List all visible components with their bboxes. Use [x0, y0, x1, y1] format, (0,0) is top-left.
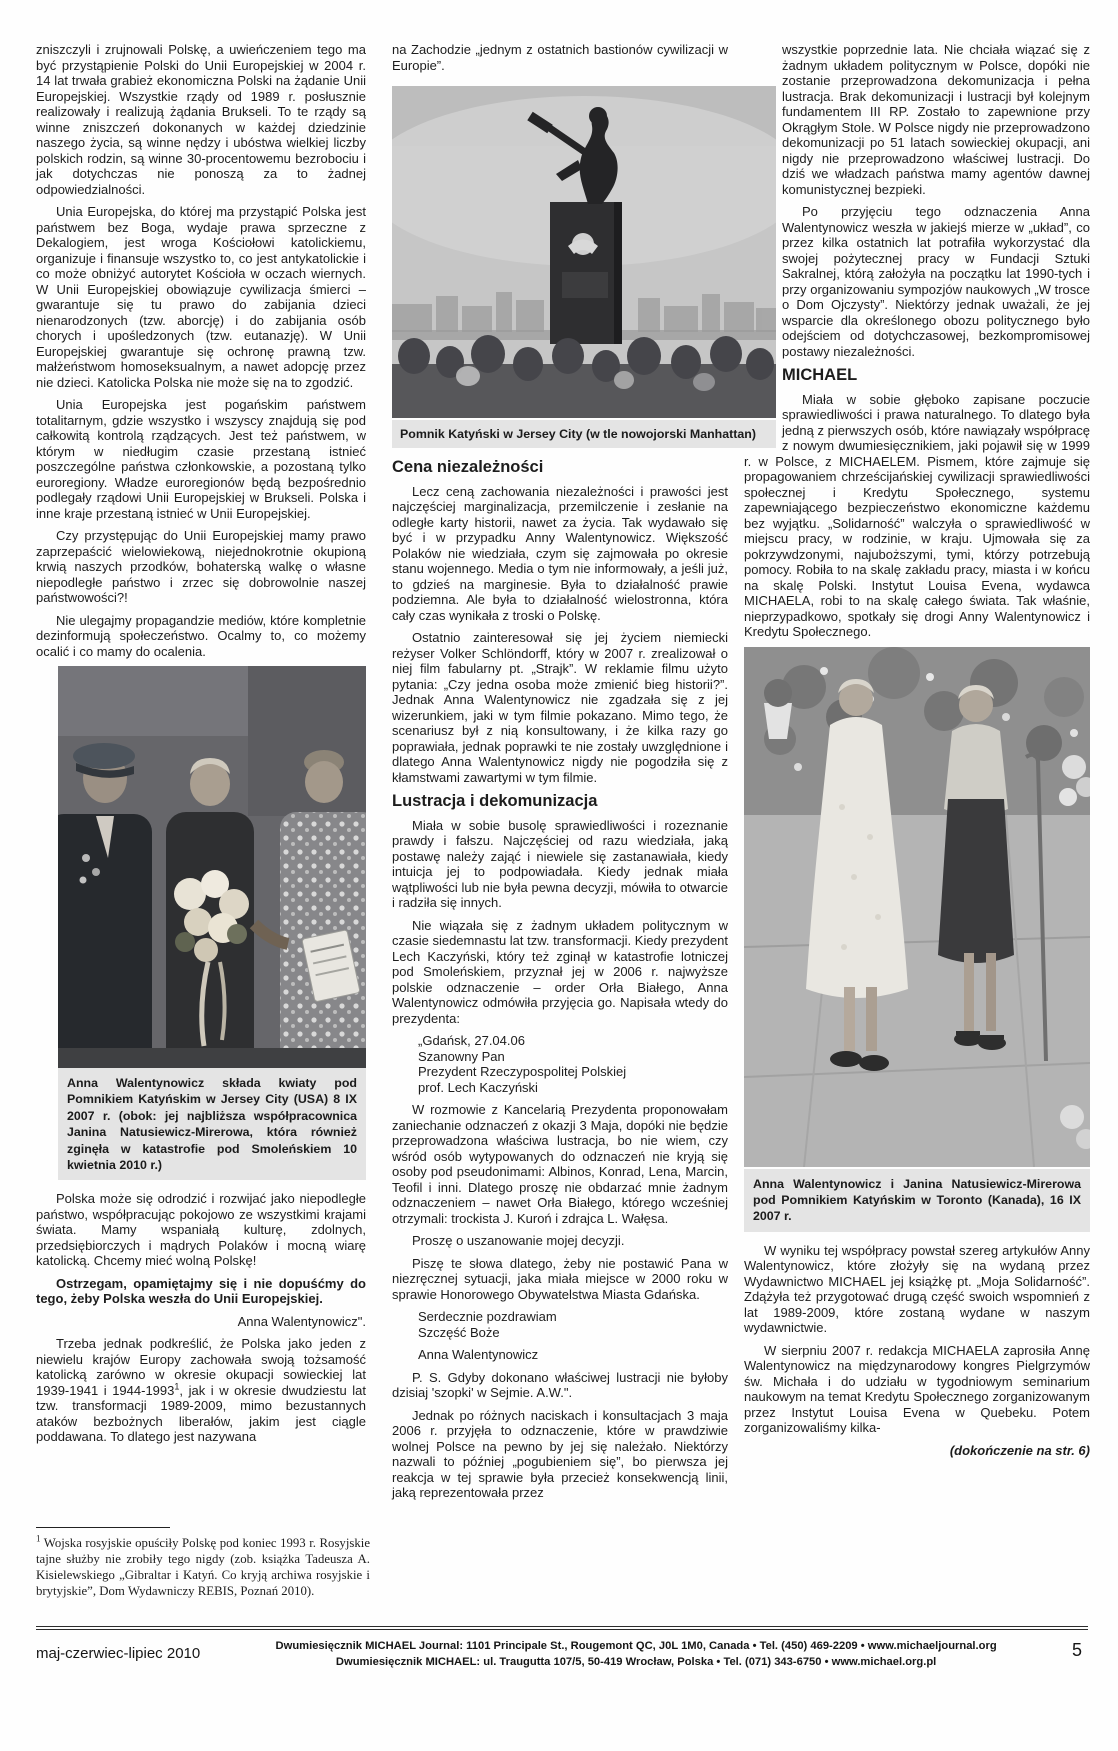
paragraph-postscript: P. S. Gdyby dokonano właściwej lustracji… [392, 1370, 728, 1401]
paragraph: Unia Europejska jest pogańskim państwem … [36, 397, 366, 521]
continuation-note: (dokończenie na str. 6) [744, 1443, 1090, 1459]
paragraph: Unia Europejska, do której ma przystąpić… [36, 204, 366, 390]
paragraph: Miała w sobie busolę sprawiedliwości i r… [392, 818, 728, 911]
closing-line: Serdecznie pozdrawiam [418, 1309, 728, 1325]
section-heading-lustracja: Lustracja i dekomunizacja [392, 794, 728, 810]
paragraph: Trzeba jednak podkreślić, że Polska jako… [36, 1336, 366, 1445]
photo-toronto-monument [744, 647, 1090, 1167]
letter-line: „Gdańsk, 27.04.06 [418, 1033, 728, 1049]
paragraph: Jednak po różnych naciskach i konsultacj… [392, 1408, 728, 1501]
letter-signature: Anna Walentynowicz [418, 1347, 728, 1363]
closing-line: Szczęść Boże [418, 1325, 728, 1341]
photo-caption: Anna Walentynowicz i Janina Natusiewicz-… [744, 1169, 1090, 1232]
photo-caption: Anna Walentynowicz składa kwiaty pod Pom… [58, 1068, 366, 1180]
paragraph: Lecz ceną zachowania niezależności i pra… [392, 484, 728, 624]
page-footer: maj-czerwiec-lipiec 2010 Dwumiesięcznik … [36, 1626, 1088, 1670]
section-heading-michael: MICHAEL [744, 368, 1090, 384]
paragraph: Po przyjęciu tego odznaczenia Anna Walen… [744, 204, 1090, 359]
photo-anna-laying-flowers [58, 666, 366, 1068]
letter-closing: Serdecznie pozdrawiam Szczęść Boże [418, 1309, 728, 1340]
paragraph: Polska może się odrodzić i rozwijać jako… [36, 1191, 366, 1269]
letter-line: Prezydent Rzeczypospolitej Polskiej [418, 1064, 728, 1080]
publisher-address-line2: Dwumiesięcznik MICHAEL: ul. Traugutta 10… [212, 1655, 1060, 1671]
column-center: na Zachodzie „jednym z ostatnich bastion… [392, 42, 728, 1508]
paragraph: Ostatnio zainteresował się jej życiem ni… [392, 630, 728, 785]
section-heading-cena: Cena niezależności [392, 460, 728, 476]
paragraph: Nie wiązała się z żadnym układem polityc… [392, 918, 728, 1027]
page-number: 5 [1072, 1637, 1088, 1659]
paragraph: Proszę o uszanowanie mojej decyzji. [392, 1233, 728, 1249]
paragraph: zniszczyli i zrujnowali Polskę, a uwieńc… [36, 42, 366, 197]
issue-date: maj-czerwiec-lipiec 2010 [36, 1637, 200, 1662]
letter-line: prof. Lech Kaczyński [418, 1080, 728, 1096]
column-right: wszystkie poprzednie lata. Nie chciała w… [744, 42, 1090, 1465]
paragraph: W wyniku tej współpracy powstał szereg a… [744, 1243, 1090, 1336]
footnote-text: Wojska rosyjskie opuściły Polskę pod kon… [36, 1536, 370, 1598]
photo-katyn-monument [392, 86, 776, 418]
paragraph-warning: Ostrzegam, opamiętajmy się i nie dopuśćm… [36, 1276, 366, 1307]
paragraph: wszystkie poprzednie lata. Nie chciała w… [744, 42, 1090, 197]
photo-overlap-spacer [744, 90, 782, 452]
paragraph: na Zachodzie „jednym z ostatnich bastion… [392, 42, 728, 73]
paragraph: W sierpniu 2007 r. redakcja MICHAELA zap… [744, 1343, 1090, 1436]
publisher-address-line1: Dwumiesięcznik MICHAEL Journal: 1101 Pri… [212, 1639, 1060, 1655]
footnote: 1 Wojska rosyjskie opuściły Polskę pod k… [36, 1527, 370, 1599]
newspaper-page: zniszczyli i zrujnowali Polskę, a uwieńc… [0, 0, 1118, 1751]
footnote-divider [36, 1527, 170, 1528]
photo-caption: Pomnik Katyński w Jersey City (w tle now… [392, 420, 776, 448]
paragraph: Piszę te słowa dlatego, żeby nie postawi… [392, 1256, 728, 1303]
article-signature: Anna Walentynowicz". [36, 1314, 366, 1330]
paragraph: Nie ulegajmy propagandzie mediów, które … [36, 613, 366, 660]
letter-address-block: „Gdańsk, 27.04.06 Szanowny Pan Prezydent… [418, 1033, 728, 1095]
letter-line: Szanowny Pan [418, 1049, 728, 1065]
publisher-address: Dwumiesięcznik MICHAEL Journal: 1101 Pri… [200, 1637, 1072, 1670]
footer-divider [36, 1626, 1088, 1630]
column-left: zniszczyli i zrujnowali Polskę, a uwieńc… [36, 42, 366, 1452]
paragraph: Czy przystępując do Unii Europejskiej ma… [36, 528, 366, 606]
paragraph: Miała w sobie głęboko zapisane poczucie … [744, 392, 1090, 640]
paragraph: W rozmowie z Kancelarią Prezydenta propo… [392, 1102, 728, 1226]
